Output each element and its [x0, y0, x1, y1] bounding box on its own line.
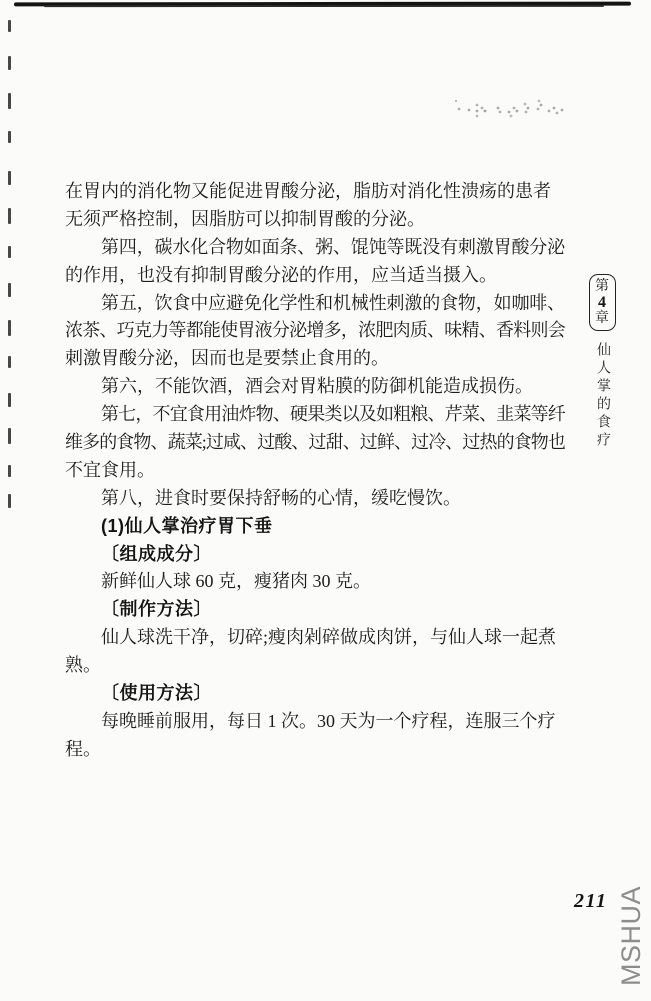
text-line: 熟。 [65, 652, 559, 680]
text-line: 浓茶、巧克力等都能使胃液分泌增多，浓肥肉质、味精、香料则会 [65, 317, 559, 345]
text-line: 维多的食物、蔬菜;过咸、过酸、过甜、过鲜、过冷、过热的食物也 [65, 429, 559, 457]
binding-mark [8, 93, 11, 109]
binding-mark [8, 465, 11, 477]
chapter-badge-suffix: 章 [595, 311, 609, 327]
heading-line: 〔使用方法〕 [65, 680, 559, 708]
chapter-badge-prefix: 第 [595, 279, 609, 295]
faint-ink-specks [455, 100, 457, 102]
binding-mark [8, 208, 11, 224]
text-line: 无须严格控制，因脂肪可以抑制胃酸的分泌。 [65, 206, 559, 234]
scan-artifact-top-edge-line [14, 2, 631, 7]
text-line: 不宜食用。 [65, 457, 559, 485]
text-line: 第七，不宜食用油炸物、硬果类以及如粗粮、芹菜、韭菜等纤 [65, 401, 559, 429]
body-text-block: 在胃内的消化物又能促进胃酸分泌，脂肪对消化性溃疡的患者无须严格控制，因脂肪可以抑… [65, 178, 559, 764]
binding-mark [8, 494, 11, 508]
text-line: 刺激胃酸分泌，因而也是要禁止食用的。 [65, 345, 559, 373]
heading-line: 〔制作方法〕 [65, 596, 559, 624]
chapter-sidebar: 第 4 章 仙人掌的食疗 [587, 274, 617, 450]
text-line: 仙人球洗干净，切碎;瘦肉剁碎做成肉饼，与仙人球一起煮 [65, 624, 559, 652]
text-line: 在胃内的消化物又能促进胃酸分泌，脂肪对消化性溃疡的患者 [65, 178, 559, 206]
watermark-text: MSHUA [616, 883, 646, 989]
binding-mark [8, 131, 11, 143]
text-line: 每晚睡前服用，每日 1 次。30 天为一个疗程，连服三个疗 [65, 708, 559, 736]
text-line: 第五，饮食中应避免化学性和机械性刺激的食物，如咖啡、 [65, 290, 559, 318]
binding-mark [8, 393, 11, 407]
text-line: 的作用，也没有抑制胃酸分泌的作用，应当适当摄入。 [65, 262, 559, 290]
binding-mark [8, 20, 11, 32]
text-line: 第八，进食时要保持舒畅的心情，缓吃慢饮。 [65, 485, 559, 513]
chapter-badge: 第 4 章 [589, 274, 616, 331]
text-line: 第六，不能饮酒，酒会对胃粘膜的防御机能造成损伤。 [65, 373, 559, 401]
scanned-book-page: 在胃内的消化物又能促进胃酸分泌，脂肪对消化性溃疡的患者无须严格控制，因脂肪可以抑… [0, 0, 651, 1001]
binding-mark [8, 56, 11, 70]
text-line: 程。 [65, 736, 559, 764]
binding-mark [8, 320, 11, 336]
binding-mark [8, 356, 11, 368]
text-line: 第四，碳水化合物如面条、粥、馄饨等既没有刺激胃酸分泌 [65, 234, 559, 262]
page-number: 211 [574, 890, 607, 913]
binding-mark [8, 171, 11, 185]
chapter-badge-number: 4 [598, 295, 606, 312]
binding-mark [8, 246, 11, 258]
text-line: 新鲜仙人球 60 克，瘦猪肉 30 克。 [65, 568, 559, 596]
heading-line: (1)仙人掌治疗胃下垂 [65, 513, 559, 541]
binding-mark [8, 283, 11, 297]
heading-line: 〔组成成分〕 [65, 541, 559, 569]
chapter-title-vertical: 仙人掌的食疗 [592, 342, 612, 450]
binding-mark [8, 428, 11, 444]
